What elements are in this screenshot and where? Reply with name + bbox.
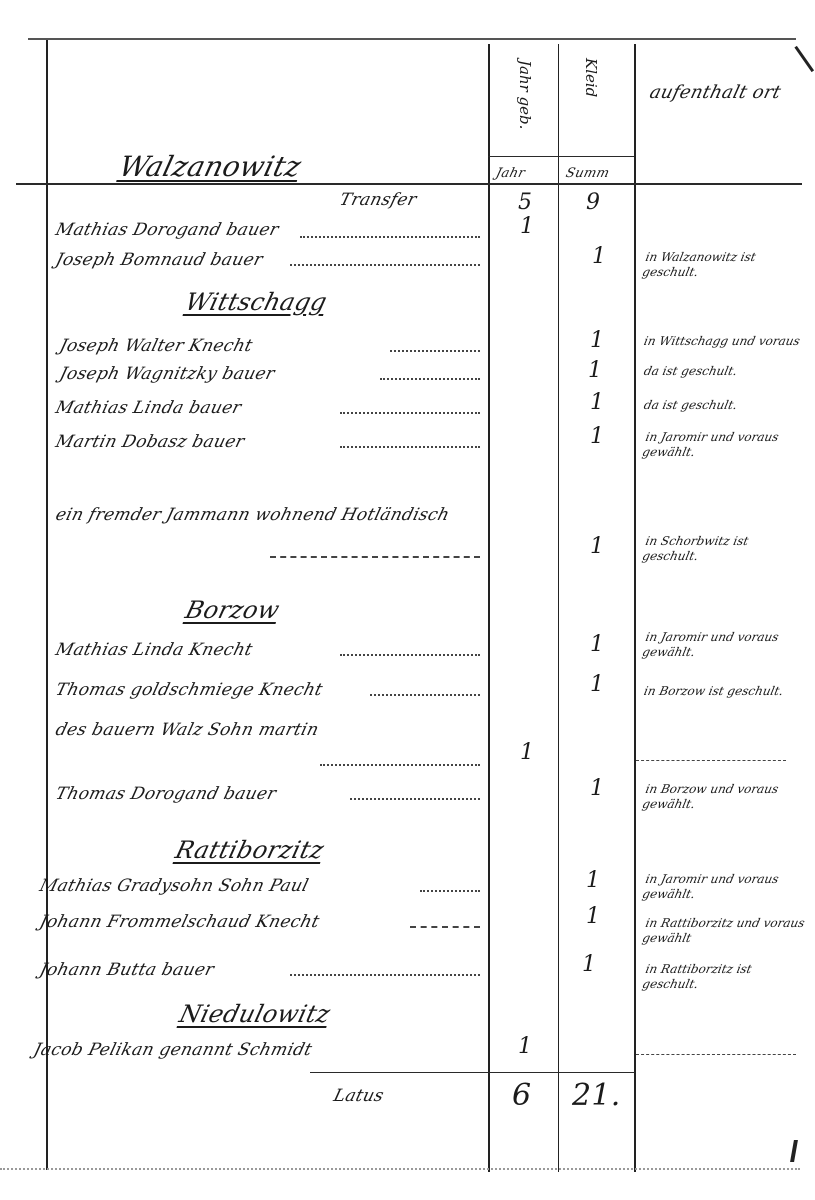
- page-corner-fold: [783, 46, 814, 80]
- entry-col1: 1: [520, 740, 534, 765]
- entry-remark: in Jaromir und voraus gewählt.: [641, 872, 807, 902]
- carry-over-col1: 5: [518, 190, 532, 215]
- entry-col2: 1: [590, 672, 604, 697]
- total-col2: 21.: [572, 1078, 621, 1113]
- entry-name: Mathias Dorogand bauer: [54, 220, 281, 240]
- leader-dots: [340, 446, 480, 448]
- header-col2: Kleid: [582, 58, 600, 97]
- leader-dots: [300, 236, 480, 238]
- entry-col2: 1: [588, 358, 602, 383]
- entry-remark: in Borzow ist geschult.: [642, 684, 805, 699]
- entry-remark: in Schorbwitz ist geschult.: [641, 534, 807, 564]
- entry-name: Joseph Wagnitzky bauer: [58, 364, 277, 384]
- entry-name: Johann Frommelschaud Knecht: [38, 912, 322, 932]
- leader-dots: [390, 350, 480, 352]
- entry-remark: in Rattiborzitz und voraus gewählt: [641, 916, 807, 946]
- entry-name: Joseph Walter Knecht: [58, 336, 255, 356]
- entry-name: Mathias Linda Knecht: [54, 640, 255, 660]
- col1-left-line: [488, 44, 490, 1172]
- entry-col2: 1: [590, 390, 604, 415]
- leader-dashes: [636, 760, 786, 761]
- entry-col2: 1: [590, 534, 604, 559]
- total-line: [310, 1072, 635, 1073]
- entry-name: Thomas goldschmiege Knecht: [54, 680, 325, 700]
- header-col3: aufenthalt ort: [647, 82, 792, 104]
- place-heading: Borzow: [183, 596, 283, 624]
- header-subline: [488, 156, 634, 157]
- place-heading: Wittschagg: [183, 288, 330, 316]
- entry-remark: in Borzow und voraus gewählt.: [641, 782, 807, 812]
- entry-name: Martin Dobasz bauer: [54, 432, 247, 452]
- leader-dots: [410, 926, 480, 928]
- col1-col2-divider: [558, 44, 559, 1172]
- entry-remark: in Wittschagg und voraus: [642, 334, 805, 349]
- entry-name: ein fremder Jammann wohnend Hotländisch: [52, 500, 459, 530]
- header-col1-line1: Jahr geb.: [516, 60, 534, 129]
- entry-name: Joseph Bomnaud bauer: [54, 250, 265, 270]
- subheader-summ: Summ: [564, 166, 611, 181]
- left-margin-line: [46, 40, 48, 1170]
- entry-remark: da ist geschult.: [642, 398, 805, 413]
- entry-name: Thomas Dorogand bauer: [54, 784, 279, 804]
- entry-col2: 1: [590, 632, 604, 657]
- entry-col2: 1: [590, 424, 604, 449]
- total-col1: 6: [512, 1078, 531, 1113]
- leader-dots: [370, 694, 480, 696]
- header-col3-text: aufenthalt ort: [648, 82, 784, 103]
- entry-name: Mathias Linda bauer: [54, 398, 244, 418]
- entry-col2: 1: [590, 776, 604, 801]
- ledger-page: Jahr geb. Kleid aufenthalt ort Jahr Summ…: [0, 0, 815, 1200]
- entry-remark: in Jaromir und voraus gewählt.: [641, 630, 807, 660]
- leader-dots: [380, 378, 480, 380]
- entry-remark: in Jaromir und voraus gewählt.: [641, 430, 807, 460]
- leader-dots: [350, 798, 480, 800]
- leader-dots: [340, 412, 480, 414]
- leader-dots: [340, 654, 480, 656]
- entry-name: Mathias Gradysohn Sohn Paul: [38, 876, 311, 896]
- col2-right-line: [634, 44, 636, 1172]
- subheader-jahr: Jahr: [494, 166, 526, 181]
- entry-col1: 1: [518, 1034, 532, 1059]
- entry-col1: 1: [520, 214, 534, 239]
- entry-name: des bauern Walz Sohn martin: [52, 714, 400, 746]
- entry-name-text: des bauern Walz Sohn martin: [54, 720, 321, 740]
- leader-dots: [290, 264, 480, 266]
- leader-dots: [420, 890, 480, 892]
- entry-remark: in Walzanowitz ist geschult.: [641, 250, 807, 280]
- corner-ink-mark: [790, 1140, 798, 1162]
- entry-col2: 1: [592, 244, 606, 269]
- leader-dots: [290, 974, 480, 976]
- leader-dots: [320, 764, 480, 766]
- entry-name-text: ein fremder Jammann wohnend Hotländisch: [54, 505, 452, 525]
- carry-over-col2: 9: [586, 190, 600, 215]
- place-heading: Rattiborzitz: [173, 836, 327, 864]
- place-heading: Walzanowitz: [116, 150, 305, 183]
- entry-col2: 1: [582, 952, 596, 977]
- leader-dots: [270, 556, 480, 558]
- entry-col2: 1: [586, 904, 600, 929]
- carry-over-label: Transfer: [338, 190, 419, 210]
- leader-dashes: [636, 1054, 796, 1055]
- header-bottom-line: [16, 183, 802, 185]
- entry-name: Johann Butta bauer: [38, 960, 217, 980]
- place-heading: Niedulowitz: [177, 1000, 334, 1028]
- entry-col2: 1: [586, 868, 600, 893]
- entry-remark: da ist geschult.: [642, 364, 805, 379]
- top-border: [28, 38, 796, 40]
- entry-remark: in Rattiborzitz ist geschult.: [641, 962, 807, 992]
- entry-name: Jacob Pelikan genannt Schmidt: [32, 1040, 315, 1060]
- entry-col2: 1: [590, 328, 604, 353]
- total-label: Latus: [332, 1086, 386, 1106]
- bottom-border: [0, 1168, 800, 1170]
